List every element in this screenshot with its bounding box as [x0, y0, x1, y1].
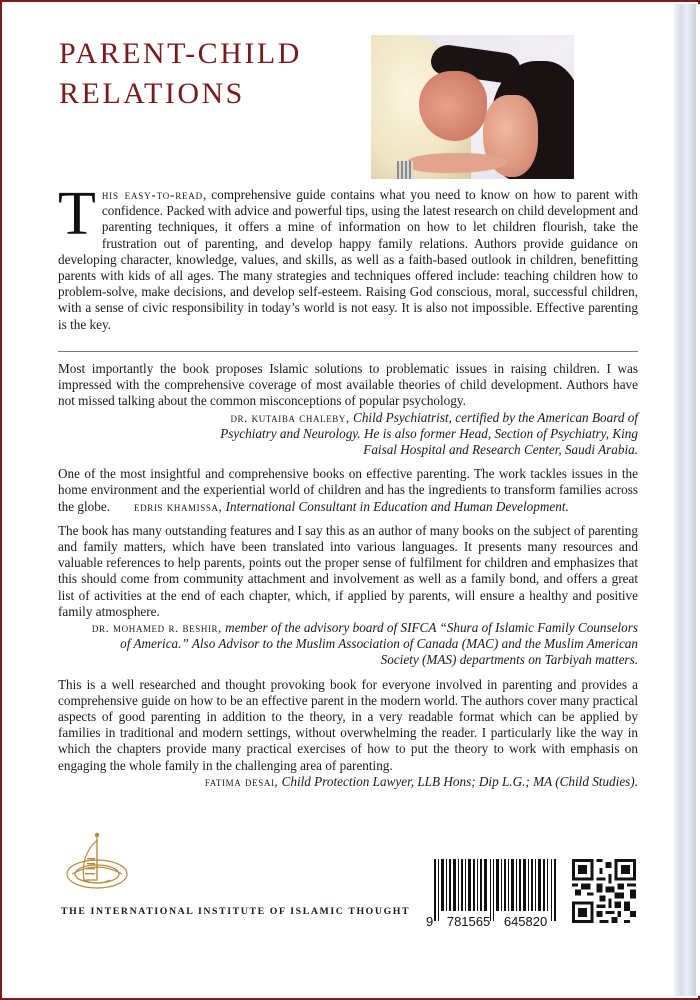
photo-hand [407, 153, 507, 173]
reviewer-credentials: International Consultant in Education an… [222, 499, 569, 514]
review-item: Most importantly the book proposes Islam… [58, 361, 638, 458]
photo-watch [397, 161, 413, 179]
review-item: The book has many outstanding features a… [58, 523, 638, 669]
review-text: One of the most insightful and comprehen… [58, 466, 638, 515]
review-text: The book has many outstanding features a… [58, 523, 638, 620]
book-back-cover: PARENT-CHILD RELATIONS This easy-to-read… [0, 0, 700, 1000]
title-line-2: RELATIONS [59, 77, 245, 110]
review-item: One of the most insightful and comprehen… [58, 466, 638, 515]
review-text: Most importantly the book proposes Islam… [58, 361, 638, 410]
review-attribution: dr. mohamed r. beshir, member of the adv… [58, 620, 638, 669]
cover-photo [371, 35, 574, 179]
section-divider [58, 351, 638, 352]
intro-paragraph: This easy-to-read, comprehensive guide c… [58, 187, 638, 333]
reviewer-name: edris khamissa, [134, 500, 222, 514]
isbn-number: 9 781565 645820 [426, 914, 556, 929]
intro-body: , comprehensive guide contains what you … [58, 187, 638, 332]
iiit-logo-icon [62, 830, 132, 896]
review-attribution: fatima desai, Child Protection Lawyer, L… [58, 774, 638, 790]
reviewer-name: dr. mohamed r. beshir, [92, 621, 222, 635]
reviewer-name: fatima desai, [205, 775, 278, 789]
book-title: PARENT-CHILD RELATIONS [59, 34, 302, 114]
reviewer-name: dr. kutaiba chaleby, [230, 411, 349, 425]
isbn-barcode-icon [434, 859, 560, 921]
review-attribution: edris khamissa, International Consultant… [134, 499, 569, 514]
qr-code-icon [572, 859, 636, 923]
reviews-section: Most importantly the book proposes Islam… [58, 361, 638, 798]
reviewer-credentials: Child Protection Lawyer, LLB Hons; Dip L… [278, 774, 638, 789]
photo-mother-face [419, 71, 487, 141]
review-text: This is a well researched and thought pr… [58, 677, 638, 774]
drop-cap: T [58, 190, 96, 238]
review-attribution: dr. kutaiba chaleby, Child Psychiatrist,… [58, 410, 638, 459]
intro-lead: his easy-to-read [102, 187, 203, 202]
review-item: This is a well researched and thought pr… [58, 677, 638, 790]
publisher-name: THE INTERNATIONAL INSTITUTE OF ISLAMIC T… [61, 906, 410, 917]
title-line-1: PARENT-CHILD [59, 37, 302, 70]
book-spine-edge [674, 4, 696, 996]
spine-gap [696, 4, 700, 996]
